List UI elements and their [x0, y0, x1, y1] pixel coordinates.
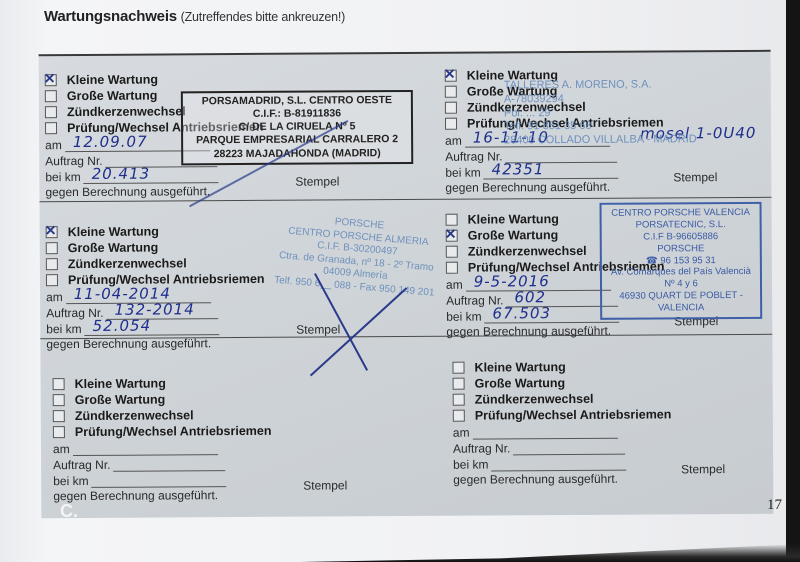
checkbox[interactable] [46, 258, 58, 270]
checkbox[interactable] [45, 122, 57, 134]
field-order-input[interactable] [113, 456, 225, 472]
field-km-input[interactable]: 20.413 [84, 168, 219, 184]
page-bottom-shadow [300, 544, 800, 562]
checkbox[interactable] [45, 74, 57, 86]
checkbox-label: Zündkerzenwechsel [68, 256, 187, 271]
stamp-line: PORSCHE [608, 242, 754, 255]
checkbox-label: Kleine Wartung [474, 360, 565, 375]
checkbox-label: Kleine Wartung [68, 225, 159, 240]
field-label-km: bei km [45, 170, 80, 184]
checkbox[interactable] [45, 106, 57, 118]
checkbox[interactable] [53, 394, 65, 406]
checkbox[interactable] [46, 226, 58, 238]
stamp-line: 46930 QUART DE POBLET - VALENCIA [608, 290, 754, 315]
stamp-label: Stempel [681, 462, 725, 476]
checkbox-label: Große Wartung [475, 376, 566, 391]
handwritten-km: 67.503 [492, 304, 551, 322]
checkbox-label: Zündkerzenwechsel [75, 408, 194, 423]
checkbox-label: Zündkerzenwechsel [475, 392, 594, 407]
checkbox[interactable] [445, 102, 457, 114]
field-label-date: am [45, 138, 62, 152]
page-heading: Wartungsnachweis (Zutreffendes bitte ank… [44, 8, 345, 25]
stamp-line: ☎ 96 153 95 31 [608, 254, 754, 267]
checkbox-label: Prüfung/Wechsel Antriebsriemen [475, 407, 672, 422]
stamp-centro-porsche-valencia: CENTRO PORSCHE VALENCIAPORSATECNIC, S.L.… [600, 202, 763, 320]
stamp-line: PORSATECNIC, S.L. [608, 219, 754, 232]
page-edge-shadow [786, 0, 800, 562]
footer-label: gegen Berechnung ausgeführt. [445, 178, 775, 196]
checkbox[interactable] [453, 394, 465, 406]
checkbox-label: Große Wartung [68, 241, 159, 256]
checkbox-label: Große Wartung [468, 228, 559, 243]
page-number: 17 [767, 497, 782, 514]
footer-label: gegen Berechnung ausgeführt. [446, 322, 776, 340]
stamp-line: Telf. 91 851 35 68 [504, 119, 734, 134]
checkbox[interactable] [452, 362, 464, 374]
footer-label: gegen Berechnung ausgeführt. [46, 334, 376, 352]
checkbox[interactable] [445, 118, 457, 130]
field-date-input[interactable] [473, 424, 618, 440]
field-label-km: bei km [46, 322, 81, 336]
field-label-date: am [46, 290, 63, 304]
field-km-input[interactable]: 42351 [484, 164, 619, 180]
checkbox[interactable] [53, 378, 65, 390]
stamp-line: Av. Comarques del País Valencià Nº 4 y 6 [608, 266, 754, 291]
field-label-km: bei km [446, 310, 481, 324]
maintenance-entry-6: Kleine WartungGroße WartungZündkerzenwec… [452, 358, 783, 490]
document-title: Wartungsnachweis [44, 8, 177, 25]
stamp-line: C.I.F B-96605886 [608, 231, 754, 244]
stamp-label: Stempel [295, 174, 339, 188]
maintenance-entry-5: Kleine WartungGroße WartungZündkerzenwec… [53, 374, 384, 506]
field-label-date: am [53, 442, 70, 456]
field-km-input[interactable]: 52.054 [85, 320, 220, 336]
maintenance-panel: Kleine WartungGroße WartungZündkerzenwec… [39, 50, 774, 518]
checkbox-label: Kleine Wartung [67, 73, 158, 88]
field-date-input[interactable] [73, 440, 218, 456]
footer-label: gegen Berechnung ausgeführt. [453, 470, 783, 488]
field-label-order: Auftrag Nr. [453, 441, 510, 455]
stamp-line: PORSAMADRID, S.L. CENTRO OESTE [189, 94, 405, 108]
stamp-line: 28400 COLLADO VILLALBA - MADRID [504, 133, 734, 148]
checkbox-label: Zündkerzenwechsel [468, 244, 587, 259]
checkbox[interactable] [46, 274, 58, 286]
checkbox-label: Große Wartung [67, 89, 158, 104]
stamp-label: Stempel [303, 478, 347, 492]
field-label-km: bei km [53, 474, 88, 488]
handwritten-km: 20.413 [92, 165, 151, 183]
stamp-line: C.I.F.: B-81911836 [189, 107, 405, 121]
document-subtitle: (Zutreffendes bitte ankreuzen!) [181, 10, 346, 24]
checkbox-label: Große Wartung [75, 392, 166, 407]
checkbox[interactable] [445, 70, 457, 82]
field-km-input[interactable] [491, 456, 626, 472]
stamp-centro-porsche-almeria: PORSCHECENTRO PORSCHE ALMERIAC.I.F. B-30… [259, 211, 454, 301]
field-label-date: am [445, 134, 462, 148]
field-km-input[interactable] [91, 472, 226, 488]
checkbox[interactable] [453, 410, 465, 422]
checkbox[interactable] [53, 426, 65, 438]
checkbox[interactable] [453, 378, 465, 390]
checkbox-label: Prüfung/Wechsel Antriebsriemen [75, 424, 272, 439]
field-label-order: Auftrag Nr. [53, 458, 110, 472]
stamp-line: CENTRO PORSCHE VALENCIA [608, 207, 754, 220]
stamp-label: Stempel [296, 322, 340, 336]
stamp-talleres-moreno: TALLERES A. MORENO, S.A.A-78039294Pol. .… [504, 78, 734, 148]
corner-mark: C. [60, 501, 78, 522]
checkbox-label: Kleine Wartung [468, 212, 559, 227]
stamp-label: Stempel [673, 170, 717, 184]
checkbox[interactable] [446, 214, 458, 226]
handwritten-km: 42351 [492, 160, 545, 178]
field-label-km: bei km [453, 457, 488, 471]
checkbox-label: Zündkerzenwechsel [67, 104, 186, 119]
field-label-date: am [453, 426, 470, 440]
stamp-line: C/ DE LA CIRUELA Nº 5 [189, 120, 405, 134]
stamp-porsamadrid: PORSAMADRID, S.L. CENTRO OESTEC.I.F.: B-… [181, 90, 413, 165]
checkbox[interactable] [445, 86, 457, 98]
handwritten-date: 12.09.07 [73, 133, 148, 151]
handwritten-km: 52.054 [93, 317, 152, 335]
stamp-line: A-78039294 [504, 92, 734, 107]
checkbox[interactable] [46, 242, 58, 254]
checkbox[interactable] [53, 410, 65, 422]
checkbox[interactable] [45, 90, 57, 102]
field-label-km: bei km [445, 166, 480, 180]
checkbox-label: Kleine Wartung [75, 376, 166, 391]
stamp-line: Pol. ... 29 [504, 105, 734, 120]
field-order-input[interactable] [513, 440, 625, 456]
stamp-line: TALLERES A. MORENO, S.A. [504, 78, 734, 93]
